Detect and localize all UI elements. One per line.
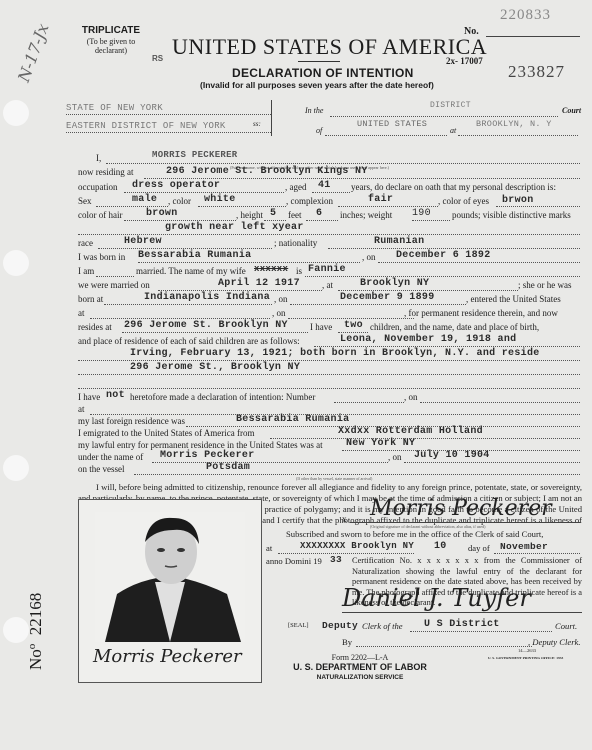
entry-label: my lawful entry for permanent residence … bbox=[78, 440, 323, 450]
nationality-label: ; nationality bbox=[274, 238, 317, 248]
venue-line bbox=[66, 132, 271, 133]
sworn-day: 10 bbox=[434, 541, 447, 552]
deputy-typed: Deputy bbox=[322, 620, 358, 631]
vessel: Potsdam bbox=[206, 462, 250, 473]
clerk-signature: Daniel J. Tuyfer bbox=[342, 584, 531, 612]
married-place: Brooklyn NY bbox=[360, 278, 429, 289]
marks-line bbox=[78, 234, 580, 235]
height-inches: 6 bbox=[316, 208, 322, 219]
printing-office-label: U. S. GOVERNMENT PRINTING OFFICE: 1933 bbox=[488, 656, 563, 660]
copy-note-line2: declarant) bbox=[76, 46, 146, 55]
height-label: , height bbox=[236, 210, 263, 220]
eyes: brwon bbox=[502, 195, 534, 206]
ss-label: ss: bbox=[253, 120, 261, 128]
birthplace: Bessarabia Rumania bbox=[138, 250, 251, 261]
color-label: , color bbox=[168, 196, 191, 206]
second-number: 233827 bbox=[508, 62, 565, 82]
handwritten-corner-note: N-17-Jx bbox=[14, 21, 53, 84]
court-line bbox=[330, 116, 558, 117]
court-of-line bbox=[325, 135, 447, 136]
declaration-of-intention-document: N-17-Jx TRIPLICATE (To be given to decla… bbox=[0, 0, 592, 750]
entry-date: July 10 1904 bbox=[414, 450, 490, 461]
name-line bbox=[106, 163, 580, 164]
department-label: U. S. DEPARTMENT OF LABOR bbox=[260, 662, 460, 672]
emigrated-from: Xxdxx Rotterdam Holland bbox=[338, 426, 483, 437]
married-date: April 12 1917 bbox=[218, 278, 300, 289]
married-at-label: , at bbox=[322, 280, 333, 290]
children-count-line bbox=[338, 332, 368, 333]
emigrated-line bbox=[270, 438, 580, 439]
vessel-caption: (If other than by vessel, state manner o… bbox=[296, 476, 372, 481]
children-line3: 296 Jerome St., Brooklyn NY bbox=[130, 362, 300, 373]
document-title: UNITED STATES OF AMERICA bbox=[172, 34, 487, 60]
declarant-name: MORRIS PECKERER bbox=[152, 150, 238, 160]
prior-at-label: at bbox=[78, 404, 85, 414]
by-line bbox=[356, 646, 532, 647]
under-name-line bbox=[152, 462, 388, 463]
title-rule bbox=[298, 61, 340, 62]
eyes-label: , color of eyes bbox=[438, 196, 489, 206]
court-label: Court bbox=[562, 106, 581, 115]
address-line bbox=[144, 178, 580, 179]
prior-number-line bbox=[334, 402, 404, 403]
occupation-label: occupation bbox=[78, 182, 118, 192]
venue-state: STATE OF NEW YORK bbox=[66, 103, 163, 113]
sworn-at-label: at bbox=[266, 543, 272, 553]
entry-on-label: , on bbox=[272, 308, 286, 318]
sex-label: Sex bbox=[78, 196, 92, 206]
complexion-label: , complexion bbox=[286, 196, 333, 206]
spouse-birthplace-line bbox=[104, 304, 272, 305]
resides-at: 296 Jerome St. Brooklyn NY bbox=[124, 320, 288, 331]
photo-signature: Morris Peckerer bbox=[93, 646, 242, 667]
children-line-2 bbox=[78, 360, 580, 361]
occupation-line bbox=[124, 192, 284, 193]
prior-have-label: I have bbox=[78, 392, 100, 402]
punch-hole bbox=[3, 455, 29, 481]
color-line bbox=[198, 206, 286, 207]
race-label: race bbox=[78, 238, 93, 248]
children-count: two bbox=[344, 320, 363, 331]
entered-text: , entered the United States bbox=[466, 294, 561, 304]
inches-line bbox=[306, 220, 338, 221]
entry-at-label: at bbox=[78, 308, 85, 318]
weight-line bbox=[412, 220, 450, 221]
race-line bbox=[98, 248, 272, 249]
spouse-name: Fannie bbox=[308, 264, 346, 275]
spouse-born-at-label: born at bbox=[78, 294, 103, 304]
permanent-text: , for permanent residence therein, and n… bbox=[404, 308, 558, 318]
initials: RS bbox=[152, 54, 163, 63]
court-end-label: Court. bbox=[555, 621, 577, 631]
sex: male bbox=[132, 194, 157, 205]
reference-number: 2x- 17007 bbox=[446, 56, 483, 66]
copy-note: (To be given to declarant) bbox=[76, 37, 146, 55]
sworn-at-line bbox=[278, 553, 414, 554]
color: white bbox=[204, 194, 236, 205]
children-line1: Leona, November 19, 1918 and bbox=[340, 334, 516, 345]
no-field-line bbox=[486, 36, 580, 37]
occupation: dress operator bbox=[132, 180, 220, 191]
entry-date-on-label: , on bbox=[388, 452, 402, 462]
age-line bbox=[312, 192, 350, 193]
side-number: Noo 22168 bbox=[26, 593, 46, 670]
under-name: Morris Peckerer bbox=[160, 450, 255, 461]
sworn-month-line bbox=[494, 553, 580, 554]
of-label: of bbox=[316, 126, 322, 135]
born-on-label: , on bbox=[362, 252, 376, 262]
race: Hebrew bbox=[124, 236, 162, 247]
copy-type-label: TRIPLICATE bbox=[76, 25, 146, 36]
height-feet: 5 bbox=[270, 208, 276, 219]
resides-label: resides at bbox=[78, 322, 112, 332]
children-line2: Irving, February 13, 1921; both born in … bbox=[130, 348, 540, 359]
last-residence: Bessarabia Rumania bbox=[236, 414, 349, 425]
birthplace-line bbox=[138, 262, 360, 263]
birth-date-line bbox=[378, 262, 580, 263]
court-of: UNITED STATES bbox=[357, 119, 427, 129]
eyes-line bbox=[496, 206, 580, 207]
children-line-3 bbox=[78, 374, 580, 375]
subscribed-text: Subscribed and sworn to before me in the… bbox=[286, 529, 543, 539]
entry-date-line bbox=[404, 462, 580, 463]
spouse-entry-place-line bbox=[90, 318, 270, 319]
weight: 190 bbox=[412, 208, 431, 219]
married-place-line bbox=[338, 290, 518, 291]
declarant-photo bbox=[95, 512, 245, 642]
punch-hole bbox=[3, 100, 29, 126]
sex-line bbox=[96, 206, 168, 207]
by-label: By bbox=[342, 637, 352, 647]
court-type: DISTRICT bbox=[430, 101, 471, 110]
document-subtitle: DECLARATION OF INTENTION bbox=[232, 66, 414, 80]
side-number-value: 22168 bbox=[26, 593, 45, 636]
at-label: at bbox=[450, 126, 456, 135]
clerk-court-line bbox=[410, 631, 552, 632]
anno-domini-label: anno Domini 19 bbox=[266, 556, 322, 566]
married-date-line bbox=[158, 290, 322, 291]
married-text: married. The name of my wife bbox=[136, 266, 246, 276]
venue-line bbox=[66, 114, 271, 115]
side-number-label: No bbox=[26, 649, 45, 670]
age: 41 bbox=[318, 180, 331, 191]
nationality: Rumanian bbox=[374, 236, 424, 247]
venue-brace bbox=[271, 100, 272, 136]
clerk-of-label: Clerk of the bbox=[362, 621, 403, 631]
oath-text: years, do declare on oath that my person… bbox=[351, 182, 556, 192]
under-name-label: under the name of bbox=[78, 452, 143, 462]
feet-label: feet bbox=[288, 210, 302, 220]
punch-hole bbox=[3, 250, 29, 276]
spouse-name-line bbox=[305, 276, 580, 277]
hair-label: color of hair bbox=[78, 210, 122, 220]
prior-on-label: , on bbox=[404, 392, 418, 402]
children-intro: and place of residence of each of said c… bbox=[78, 336, 300, 346]
spouse-entry-date-line bbox=[288, 318, 414, 319]
i-label: I, bbox=[96, 153, 101, 163]
declarant-signature: Morris Peckerer bbox=[370, 496, 552, 521]
address: 296 Jerome St. Brooklyn Kings NY bbox=[166, 166, 368, 177]
clerk-signature-line bbox=[342, 612, 582, 613]
emigrated-label: I emigrated to the United States of Amer… bbox=[78, 428, 254, 438]
hair-line bbox=[124, 220, 236, 221]
distinctive-marks: growth near left xyear bbox=[165, 222, 304, 233]
spouse-birth-date: December 9 1899 bbox=[340, 292, 435, 303]
heretofore-text: heretofore made a declaration of intenti… bbox=[130, 392, 315, 402]
spouse-birth-date-line bbox=[290, 304, 466, 305]
venue-district: EASTERN DISTRICT OF NEW YORK bbox=[66, 121, 226, 131]
sworn-at-value: XXXXXXXX Brooklyn NY bbox=[300, 541, 414, 551]
feet-line bbox=[264, 220, 286, 221]
form-code: 14—2633 bbox=[518, 648, 536, 653]
portrait-image bbox=[95, 512, 245, 642]
service-label: NATURALIZATION SERVICE bbox=[260, 674, 460, 681]
court-at-line bbox=[458, 135, 578, 136]
inches-label: inches; weight bbox=[340, 210, 392, 220]
stamped-number: 220833 bbox=[500, 7, 551, 24]
is-label: is bbox=[296, 266, 302, 276]
sworn-month: November bbox=[500, 541, 548, 552]
complexion-line bbox=[338, 206, 438, 207]
deputy-clerk-label: , Deputy Clerk. bbox=[528, 637, 581, 647]
i-am-label: I am bbox=[78, 266, 94, 276]
residing-label: now residing at bbox=[78, 167, 134, 177]
entry-place: New York NY bbox=[346, 438, 415, 449]
vessel-label: on the vessel bbox=[78, 464, 125, 474]
hair: brown bbox=[146, 208, 178, 219]
in-the-label: In the bbox=[305, 106, 323, 115]
born-label: I was born in bbox=[78, 252, 125, 262]
sworn-year: 33 bbox=[330, 554, 342, 565]
no-label: No. bbox=[464, 26, 479, 37]
children-line-4 bbox=[78, 388, 580, 389]
have-label: I have bbox=[310, 322, 332, 332]
was-born-text: ; she or he was bbox=[518, 280, 572, 290]
copy-note-line1: (To be given to bbox=[76, 37, 146, 46]
children-line-1 bbox=[314, 346, 580, 347]
vessel-line bbox=[134, 474, 580, 475]
seal-label: [SEAL] bbox=[288, 622, 309, 629]
marital-status-line bbox=[96, 276, 134, 277]
last-residence-label: my last foreign residence was bbox=[78, 416, 185, 426]
resides-line bbox=[122, 332, 308, 333]
nationality-line bbox=[328, 248, 580, 249]
ordinal-o: o bbox=[26, 644, 38, 650]
spouse-born-on-label: , on bbox=[274, 294, 288, 304]
wife-struck: xxxxxx bbox=[254, 264, 288, 274]
birth-date: December 6 1892 bbox=[396, 250, 491, 261]
declarant-signature-line bbox=[350, 522, 580, 523]
complexion: fair bbox=[368, 194, 393, 205]
clerk-court: U S District bbox=[424, 619, 500, 630]
day-of-label: day of bbox=[468, 543, 490, 553]
validity-note: (Invalid for all purposes seven years af… bbox=[200, 80, 434, 90]
pounds-label: pounds; visible distinctive marks bbox=[452, 210, 571, 220]
children-text: children, and the name, date and place o… bbox=[370, 322, 539, 332]
spouse-birthplace: Indianapolis Indiana bbox=[144, 292, 270, 303]
form-number: Form 2202—L-A bbox=[260, 653, 460, 662]
x-mark: x bbox=[342, 514, 347, 524]
married-on-label: we were married on bbox=[78, 280, 150, 290]
prior-not: not bbox=[106, 390, 125, 401]
prior-date-line bbox=[420, 402, 580, 403]
aged-label: , aged bbox=[285, 182, 307, 192]
photo-frame: Morris Peckerer bbox=[78, 499, 262, 683]
court-at: BROOKLYN, N. Y bbox=[476, 119, 552, 129]
